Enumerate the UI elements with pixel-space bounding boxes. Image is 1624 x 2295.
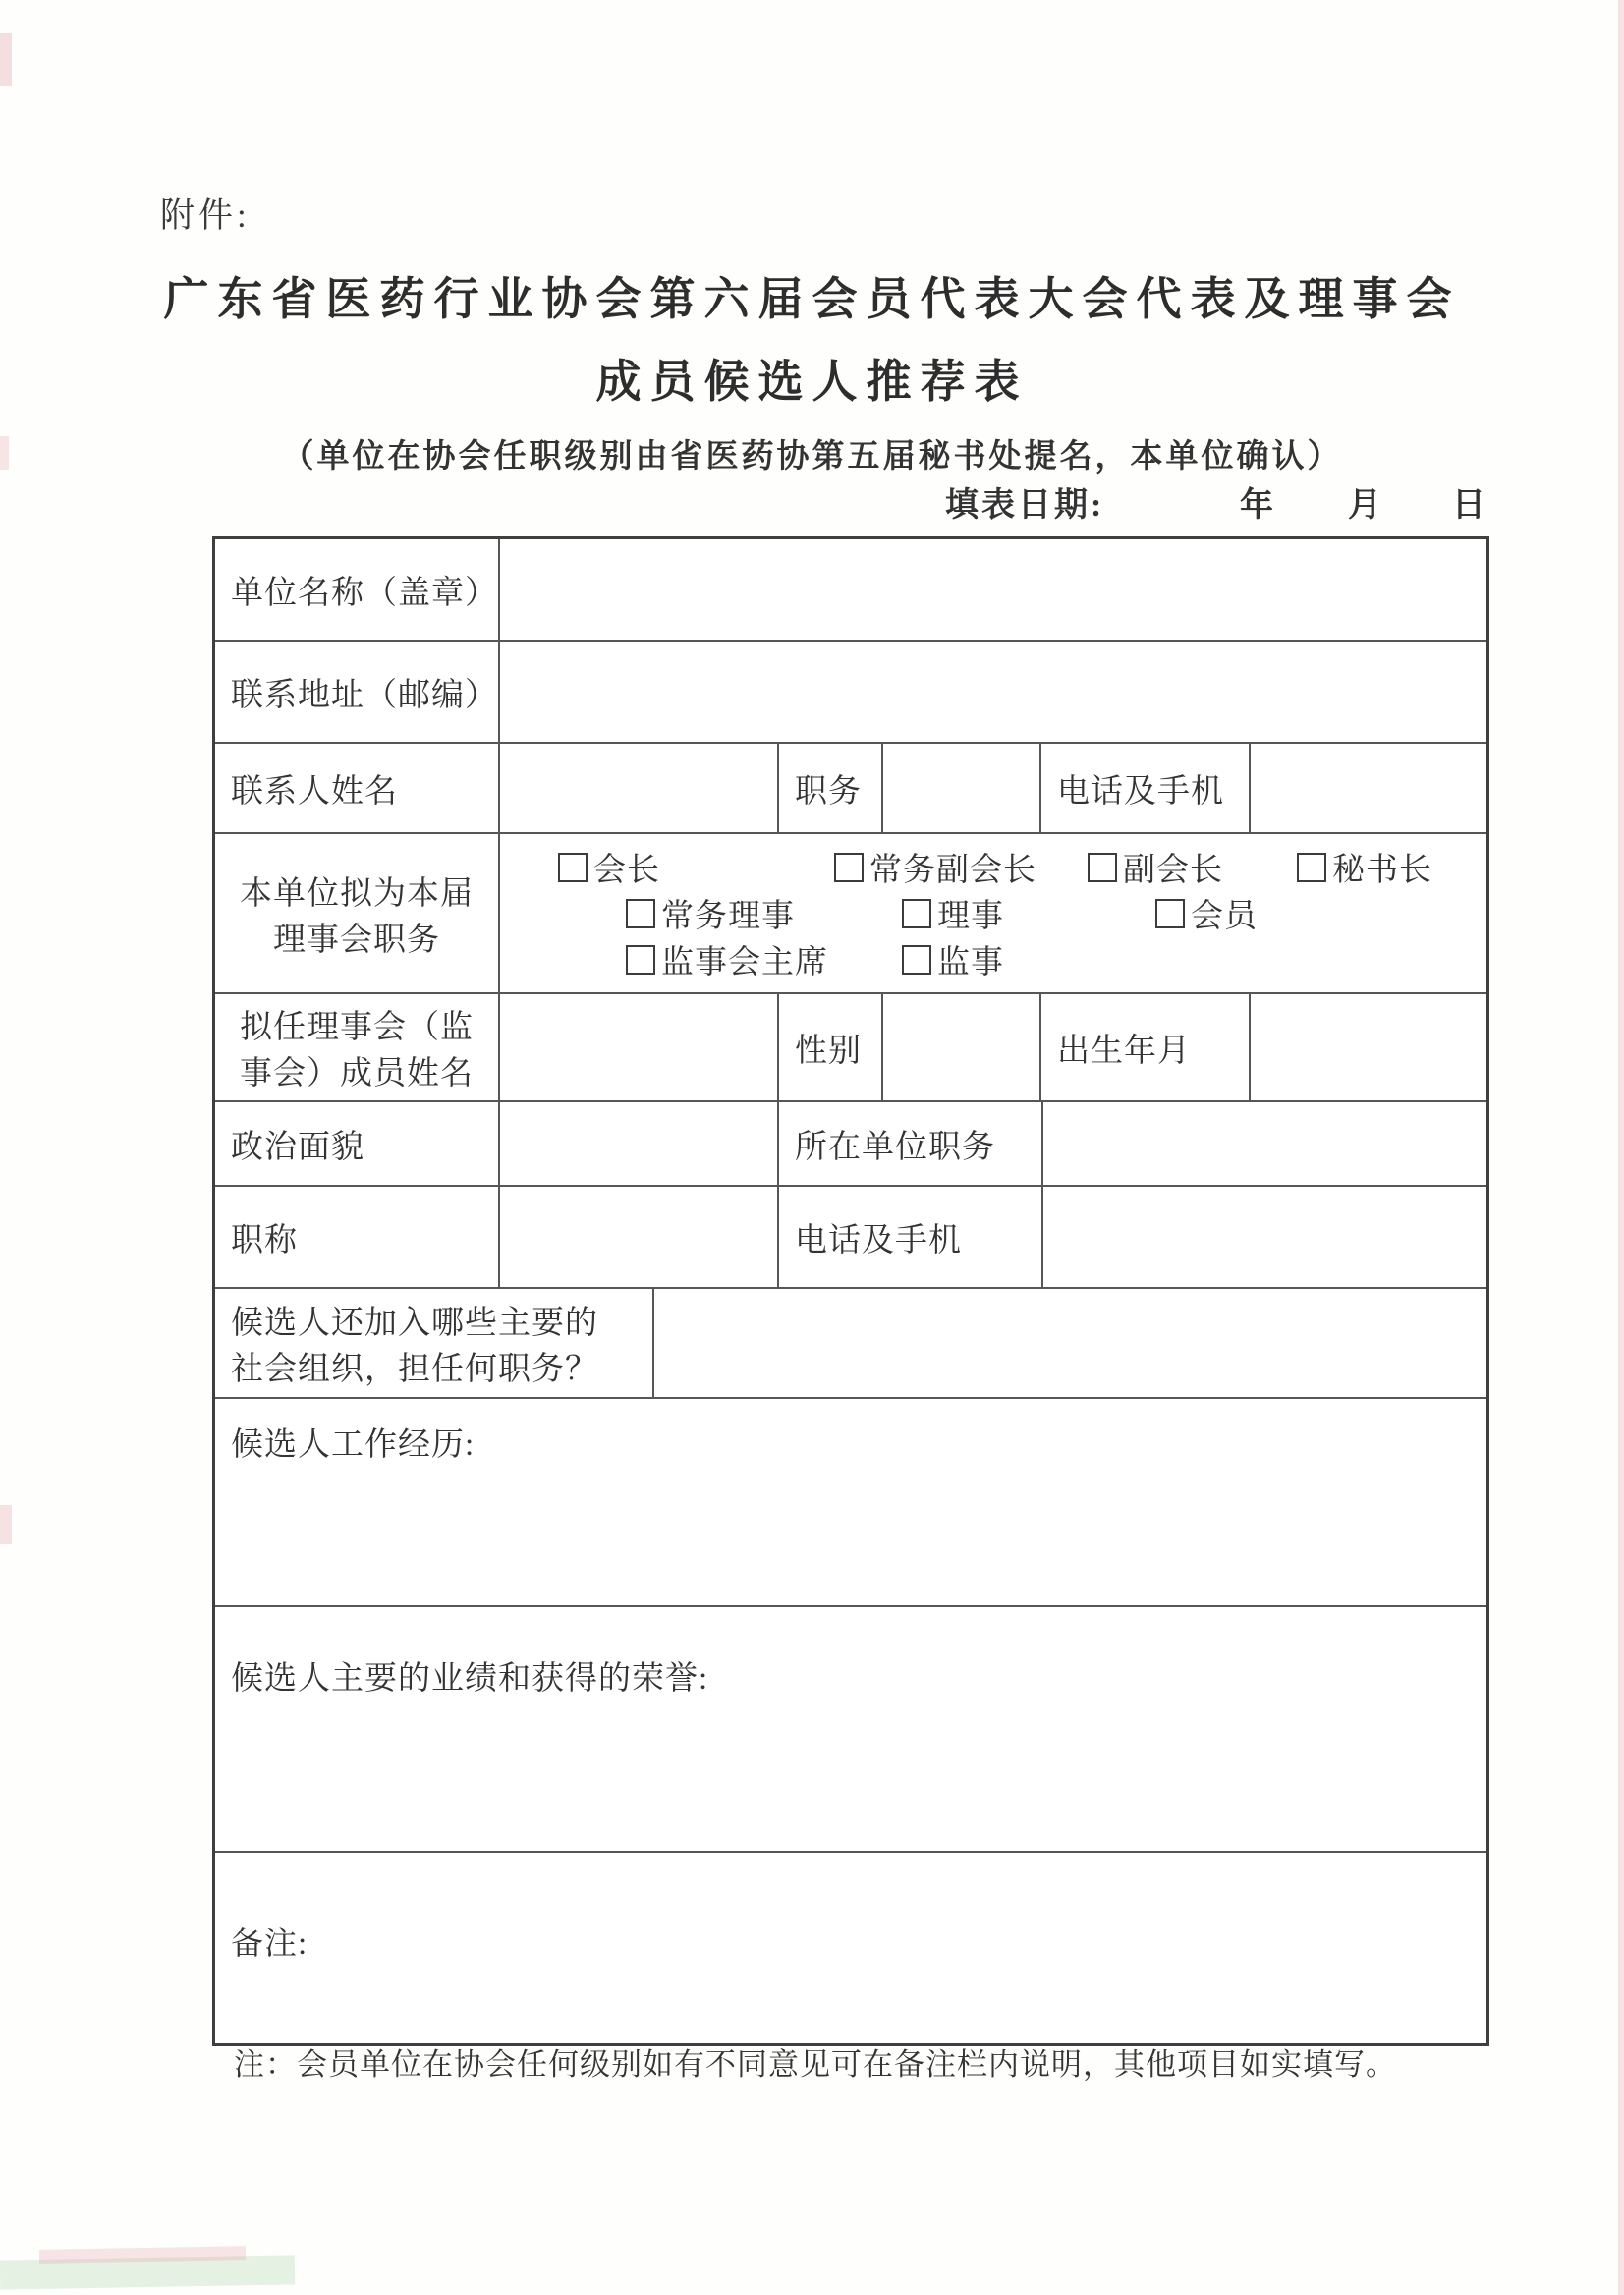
organizations-row: 候选人还加入哪些主要的 社会组织，担任何职务？ — [215, 1287, 1486, 1397]
option-label: 监事 — [937, 936, 1004, 982]
option-label: 秘书长 — [1332, 844, 1432, 890]
remarks-input[interactable]: 备注: — [215, 1853, 1486, 2043]
remarks-label: 备注: — [231, 1918, 308, 1964]
contact-phone-label: 电话及手机 — [1039, 744, 1249, 832]
contact-position-label: 职务 — [777, 744, 881, 832]
fill-date-label: 填表日期: — [945, 477, 1104, 526]
scan-artifact — [0, 33, 12, 86]
political-status-row: 政治面貌 所在单位职务 — [215, 1100, 1486, 1185]
contact-person-row: 联系人姓名 职务 电话及手机 — [215, 742, 1486, 832]
checkbox-icon — [558, 853, 588, 882]
option-secretary-general[interactable]: 秘书长 — [1297, 844, 1432, 890]
council-position-options: 会长 常务副会长 副会长 秘书长 常务理事 理事 会员 监事会主席 监事 — [498, 834, 1486, 992]
professional-title-row: 职称 电话及手机 — [215, 1185, 1486, 1287]
option-label: 理事 — [937, 890, 1004, 936]
achievements-row: 候选人主要的业绩和获得的荣誉: — [215, 1605, 1486, 1851]
checkbox-icon — [1155, 899, 1185, 928]
work-experience-row: 候选人工作经历: — [215, 1397, 1486, 1605]
scan-artifact — [0, 2255, 295, 2289]
unit-name-row: 单位名称（盖章） — [215, 539, 1486, 640]
unit-position-input[interactable] — [1041, 1102, 1486, 1185]
option-member[interactable]: 会员 — [1155, 890, 1365, 936]
contact-name-input[interactable] — [498, 744, 777, 832]
contact-address-input[interactable] — [498, 642, 1486, 742]
checkbox-icon — [626, 899, 655, 928]
option-label: 副会长 — [1123, 844, 1223, 890]
option-supervisory-board-chairman[interactable]: 监事会主席 — [626, 936, 902, 982]
footer-note: 注：会员单位在协会任何级别如有不同意见可在备注栏内说明，其他项目如实填写。 — [234, 2040, 1511, 2084]
contact-address-label: 联系地址（邮编） — [215, 642, 498, 742]
checkbox-icon — [902, 899, 931, 928]
option-president[interactable]: 会长 — [558, 844, 834, 890]
member-name-input[interactable] — [498, 994, 777, 1100]
scan-artifact — [0, 1505, 12, 1544]
attachment-label: 附件: — [160, 189, 251, 238]
options-line-1: 会长 常务副会长 副会长 秘书长 — [558, 844, 1432, 890]
member-name-label: 拟任理事会（监 事会）成员姓名 — [215, 994, 498, 1100]
option-label: 会长 — [593, 844, 660, 890]
work-experience-input[interactable]: 候选人工作经历: — [215, 1399, 1486, 1605]
checkbox-icon — [902, 945, 931, 975]
professional-title-label: 职称 — [215, 1187, 498, 1287]
birth-date-input[interactable] — [1249, 994, 1486, 1100]
option-vice-president[interactable]: 副会长 — [1088, 844, 1297, 890]
scan-artifact — [1618, 0, 1624, 2295]
option-label: 常务理事 — [661, 890, 795, 936]
birth-date-label: 出生年月 — [1039, 994, 1249, 1100]
option-supervisor[interactable]: 监事 — [902, 936, 1155, 982]
option-director[interactable]: 理事 — [902, 890, 1155, 936]
form-subtitle: （单位在协会任职级别由省医药协第五届秘书处提名，本单位确认） — [0, 430, 1624, 476]
form-title-line1: 广东省医药行业协会第六届会员代表大会代表及理事会 — [0, 263, 1624, 328]
work-experience-label: 候选人工作经历: — [231, 1419, 475, 1465]
options-line-2: 常务理事 理事 会员 — [626, 890, 1365, 936]
member-name-row: 拟任理事会（监 事会）成员姓名 性别 出生年月 — [215, 992, 1486, 1100]
remarks-row: 备注: — [215, 1851, 1486, 2043]
gender-label: 性别 — [777, 994, 881, 1100]
contact-phone-input[interactable] — [1249, 744, 1486, 832]
option-label: 会员 — [1191, 890, 1258, 936]
option-label: 监事会主席 — [661, 936, 828, 982]
option-executive-director[interactable]: 常务理事 — [626, 890, 902, 936]
political-status-label: 政治面貌 — [215, 1102, 498, 1185]
candidate-phone-label: 电话及手机 — [777, 1187, 1041, 1287]
fill-date-day-label: 日 — [1452, 477, 1485, 526]
scanned-form-page: 附件: 广东省医药行业协会第六届会员代表大会代表及理事会 成员候选人推荐表 （单… — [0, 0, 1624, 2295]
option-label: 常务副会长 — [869, 844, 1036, 890]
contact-name-label: 联系人姓名 — [215, 744, 498, 832]
organizations-input[interactable] — [652, 1289, 1486, 1397]
professional-title-input[interactable] — [498, 1187, 777, 1287]
checkbox-icon — [626, 945, 655, 975]
form-title-line2: 成员候选人推荐表 — [0, 346, 1624, 411]
contact-address-row: 联系地址（邮编） — [215, 640, 1486, 742]
gender-input[interactable] — [881, 994, 1039, 1100]
checkbox-icon — [834, 853, 864, 882]
council-position-label: 本单位拟为本届 理事会职务 — [215, 834, 498, 992]
options-line-3: 监事会主席 监事 — [626, 936, 1365, 982]
unit-name-label: 单位名称（盖章） — [215, 539, 498, 640]
recommendation-form-table: 单位名称（盖章） 联系地址（邮编） 联系人姓名 职务 电话及手机 本单位拟为本届… — [212, 536, 1489, 2046]
scan-artifact — [39, 2246, 246, 2264]
checkbox-icon — [1297, 853, 1326, 882]
unit-name-input[interactable] — [498, 539, 1486, 640]
political-status-input[interactable] — [498, 1102, 777, 1185]
candidate-phone-input[interactable] — [1041, 1187, 1486, 1287]
council-position-row: 本单位拟为本届 理事会职务 会长 常务副会长 副会长 秘书长 常务理事 理事 会… — [215, 832, 1486, 992]
contact-position-input[interactable] — [881, 744, 1039, 832]
achievements-input[interactable]: 候选人主要的业绩和获得的荣誉: — [215, 1607, 1486, 1851]
unit-position-label: 所在单位职务 — [777, 1102, 1041, 1185]
checkbox-icon — [1088, 853, 1117, 882]
option-executive-vice-president[interactable]: 常务副会长 — [834, 844, 1088, 890]
organizations-label: 候选人还加入哪些主要的 社会组织，担任何职务？ — [215, 1289, 652, 1397]
fill-date-month-label: 月 — [1348, 477, 1381, 526]
achievements-label: 候选人主要的业绩和获得的荣誉: — [231, 1652, 708, 1699]
fill-date-year-label: 年 — [1240, 477, 1273, 526]
